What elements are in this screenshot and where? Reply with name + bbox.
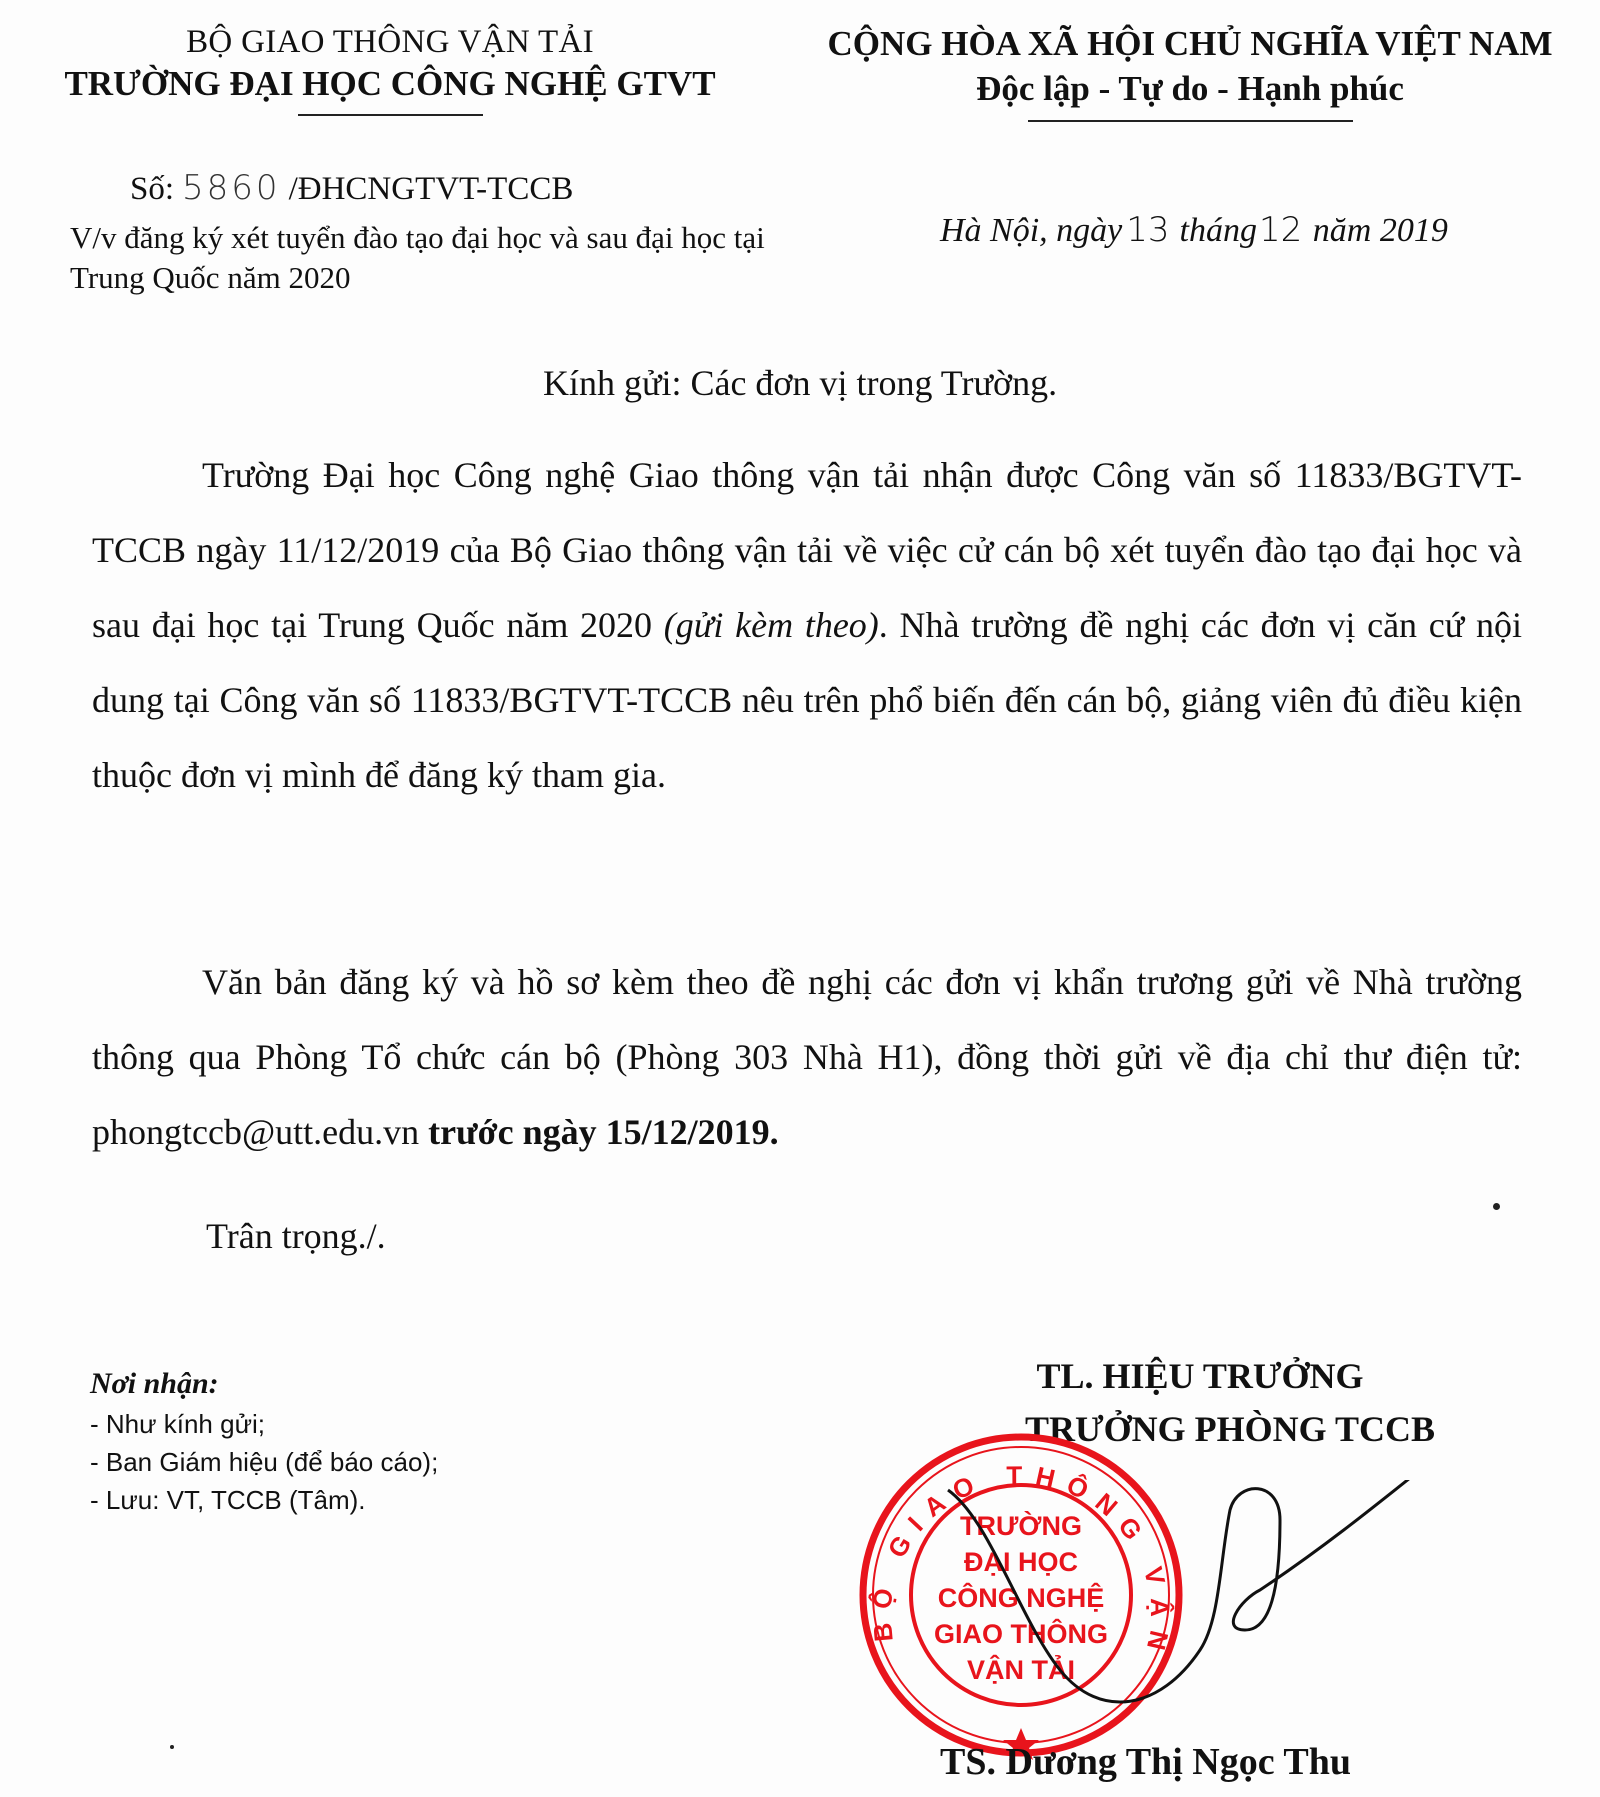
closing: Trân trọng./. bbox=[206, 1215, 386, 1257]
date-month-label: tháng bbox=[1180, 212, 1257, 249]
date-day: 13 bbox=[1126, 210, 1169, 250]
ministry-name: BỘ GIAO THÔNG VẬN TẢI bbox=[60, 22, 720, 62]
document-subject: V/v đăng ký xét tuyển đào tạo đại học và… bbox=[70, 218, 790, 298]
email-address[interactable]: phongtccb@utt.edu.vn bbox=[92, 1112, 419, 1152]
date-place: Hà Nội, ngày bbox=[940, 212, 1122, 249]
scan-speck bbox=[170, 1745, 174, 1749]
body-paragraph-2: Văn bản đăng ký và hồ sơ kèm theo đề ngh… bbox=[92, 945, 1522, 1170]
recipients-title: Nơi nhận: bbox=[90, 1365, 438, 1403]
national-motto: Độc lập - Tự do - Hạnh phúc bbox=[790, 66, 1590, 112]
header-right-divider bbox=[1028, 120, 1353, 122]
recipient-item: - Lưu: VT, TCCB (Tâm). bbox=[90, 1481, 438, 1519]
greeting: Kính gửi: Các đơn vị trong Trường. bbox=[0, 362, 1600, 404]
school-name: TRƯỜNG ĐẠI HỌC CÔNG NGHỆ GTVT bbox=[60, 62, 720, 106]
handwritten-signature-icon bbox=[900, 1480, 1460, 1730]
handwritten-number: 5860 bbox=[182, 168, 281, 208]
signatory-title-1: TL. HIỆU TRƯỞNG bbox=[880, 1355, 1520, 1397]
number-label: Số: bbox=[130, 171, 174, 207]
document-number: Số:5860/ĐHCNGTVT-TCCB bbox=[130, 168, 573, 208]
recipient-item: - Như kính gửi; bbox=[90, 1405, 438, 1443]
deadline: trước ngày 15/12/2019. bbox=[419, 1112, 779, 1152]
number-code: /ĐHCNGTVT-TCCB bbox=[289, 171, 574, 207]
nation-header: CỘNG HÒA XÃ HỘI CHỦ NGHĨA VIỆT NAM Độc l… bbox=[790, 22, 1590, 122]
date-year: năm 2019 bbox=[1313, 212, 1448, 249]
signer-name: TS. Dương Thị Ngọc Thu bbox=[940, 1740, 1351, 1784]
p2-text-a: Văn bản đăng ký và hồ sơ kèm theo đề ngh… bbox=[92, 962, 1522, 1077]
scan-speck bbox=[1493, 1203, 1500, 1210]
header-left-divider bbox=[298, 114, 483, 116]
date-month: 12 bbox=[1259, 210, 1302, 250]
dateline: Hà Nội, ngày13tháng12 năm 2019 bbox=[940, 210, 1448, 250]
issuer-header: BỘ GIAO THÔNG VẬN TẢI TRƯỜNG ĐẠI HỌC CÔN… bbox=[60, 22, 720, 116]
nation-name: CỘNG HÒA XÃ HỘI CHỦ NGHĨA VIỆT NAM bbox=[790, 22, 1590, 66]
recipients-list: Nơi nhận: - Như kính gửi; - Ban Giám hiệ… bbox=[90, 1365, 438, 1519]
p1-italic: (gửi kèm theo) bbox=[664, 605, 879, 645]
body-paragraph-1: Trường Đại học Công nghệ Giao thông vận … bbox=[92, 438, 1522, 813]
recipient-item: - Ban Giám hiệu (để báo cáo); bbox=[90, 1443, 438, 1481]
